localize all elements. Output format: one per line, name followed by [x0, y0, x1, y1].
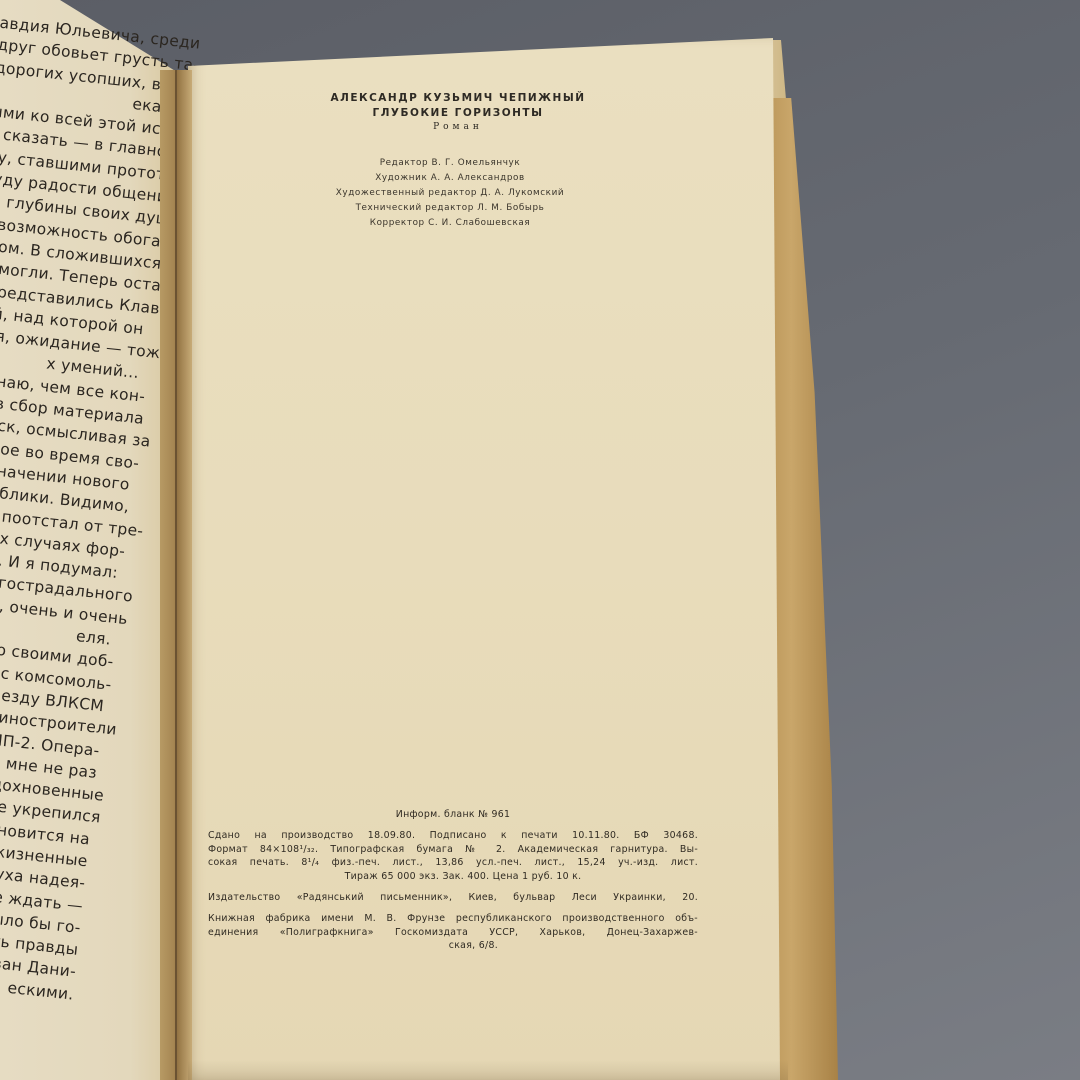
imprint-line-4: Тираж 65 000 экз. Зак. 400. Цена 1 руб. … — [208, 870, 698, 883]
credit-editor: Редактор В. Г. Омельянчук — [310, 156, 590, 171]
imprint-line-1: Сдано на производство 18.09.80. Подписан… — [208, 829, 698, 842]
credit-artist: Художник А. А. Александров — [310, 171, 590, 186]
imprint-line-3: сокая печать. 8¹/₄ физ.-печ. лист., 13,8… — [208, 856, 698, 869]
imprint-block: Информ. бланк № 961 Сдано на производств… — [208, 808, 698, 953]
author-name: АЛЕКСАНДР КУЗЬМИЧ ЧЕПИЖНЫЙ — [318, 92, 598, 104]
printer-line-2: единения «Полиграфкнига» Госкомиздата УС… — [208, 926, 698, 939]
credit-proofreader: Корректор С. И. Слабошевская — [310, 216, 590, 231]
photo-scene: авдия Юльевича, средидруг обовьет грусть… — [0, 0, 1080, 1080]
printer-line-1: Книжная фабрика имени М. В. Фрунзе респу… — [208, 912, 698, 925]
credit-tech-editor: Технический редактор Л. М. Бобырь — [310, 201, 590, 216]
page-shadow — [188, 1060, 788, 1080]
book-genre: Роман — [318, 122, 598, 132]
book-title: ГЛУБОКИЕ ГОРИЗОНТЫ — [318, 107, 598, 119]
printer-line-3: ская, 6/8. — [208, 939, 698, 952]
publisher-line: Издательство «Радянський письменник», Ки… — [208, 891, 698, 904]
imprint-line-2: Формат 84×108¹/₃₂. Типографская бумага №… — [208, 843, 698, 856]
title-block: АЛЕКСАНДР КУЗЬМИЧ ЧЕПИЖНЫЙ ГЛУБОКИЕ ГОРИ… — [318, 92, 598, 132]
credit-art-editor: Художественный редактор Д. А. Лукомский — [310, 186, 590, 201]
form-number: Информ. бланк № 961 — [208, 808, 698, 821]
gutter-fold — [175, 70, 177, 1080]
credits-list: Редактор В. Г. Омельянчук Художник А. А.… — [310, 156, 590, 231]
